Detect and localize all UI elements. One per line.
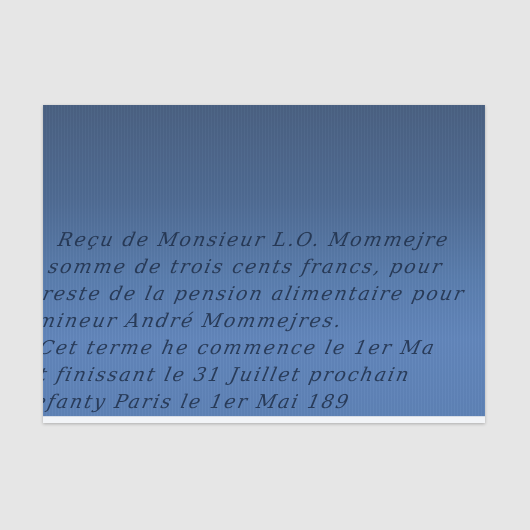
- blue-handwriting-print: Reçu de Monsieur L.O. Mommejre somme de …: [43, 105, 485, 417]
- handwriting-line: Lefanty Paris le 1er Mai 189: [43, 389, 485, 416]
- handwriting-line: reste de la pension alimentaire pour: [43, 281, 485, 308]
- white-border-strip: [43, 416, 485, 423]
- print-card: Reçu de Monsieur L.O. Mommejre somme de …: [43, 105, 485, 423]
- handwriting-line: et finissant le 31 Juillet prochain: [43, 362, 485, 389]
- handwriting-line: mineur André Mommejres.: [43, 308, 485, 335]
- handwritten-letter: Reçu de Monsieur L.O. Mommejre somme de …: [43, 227, 485, 416]
- handwriting-line: somme de trois cents francs, pour: [46, 254, 485, 281]
- handwriting-line: Cet terme he commence le 1er Ma: [43, 335, 485, 362]
- handwriting-line: Reçu de Monsieur L.O. Mommejre: [51, 227, 485, 254]
